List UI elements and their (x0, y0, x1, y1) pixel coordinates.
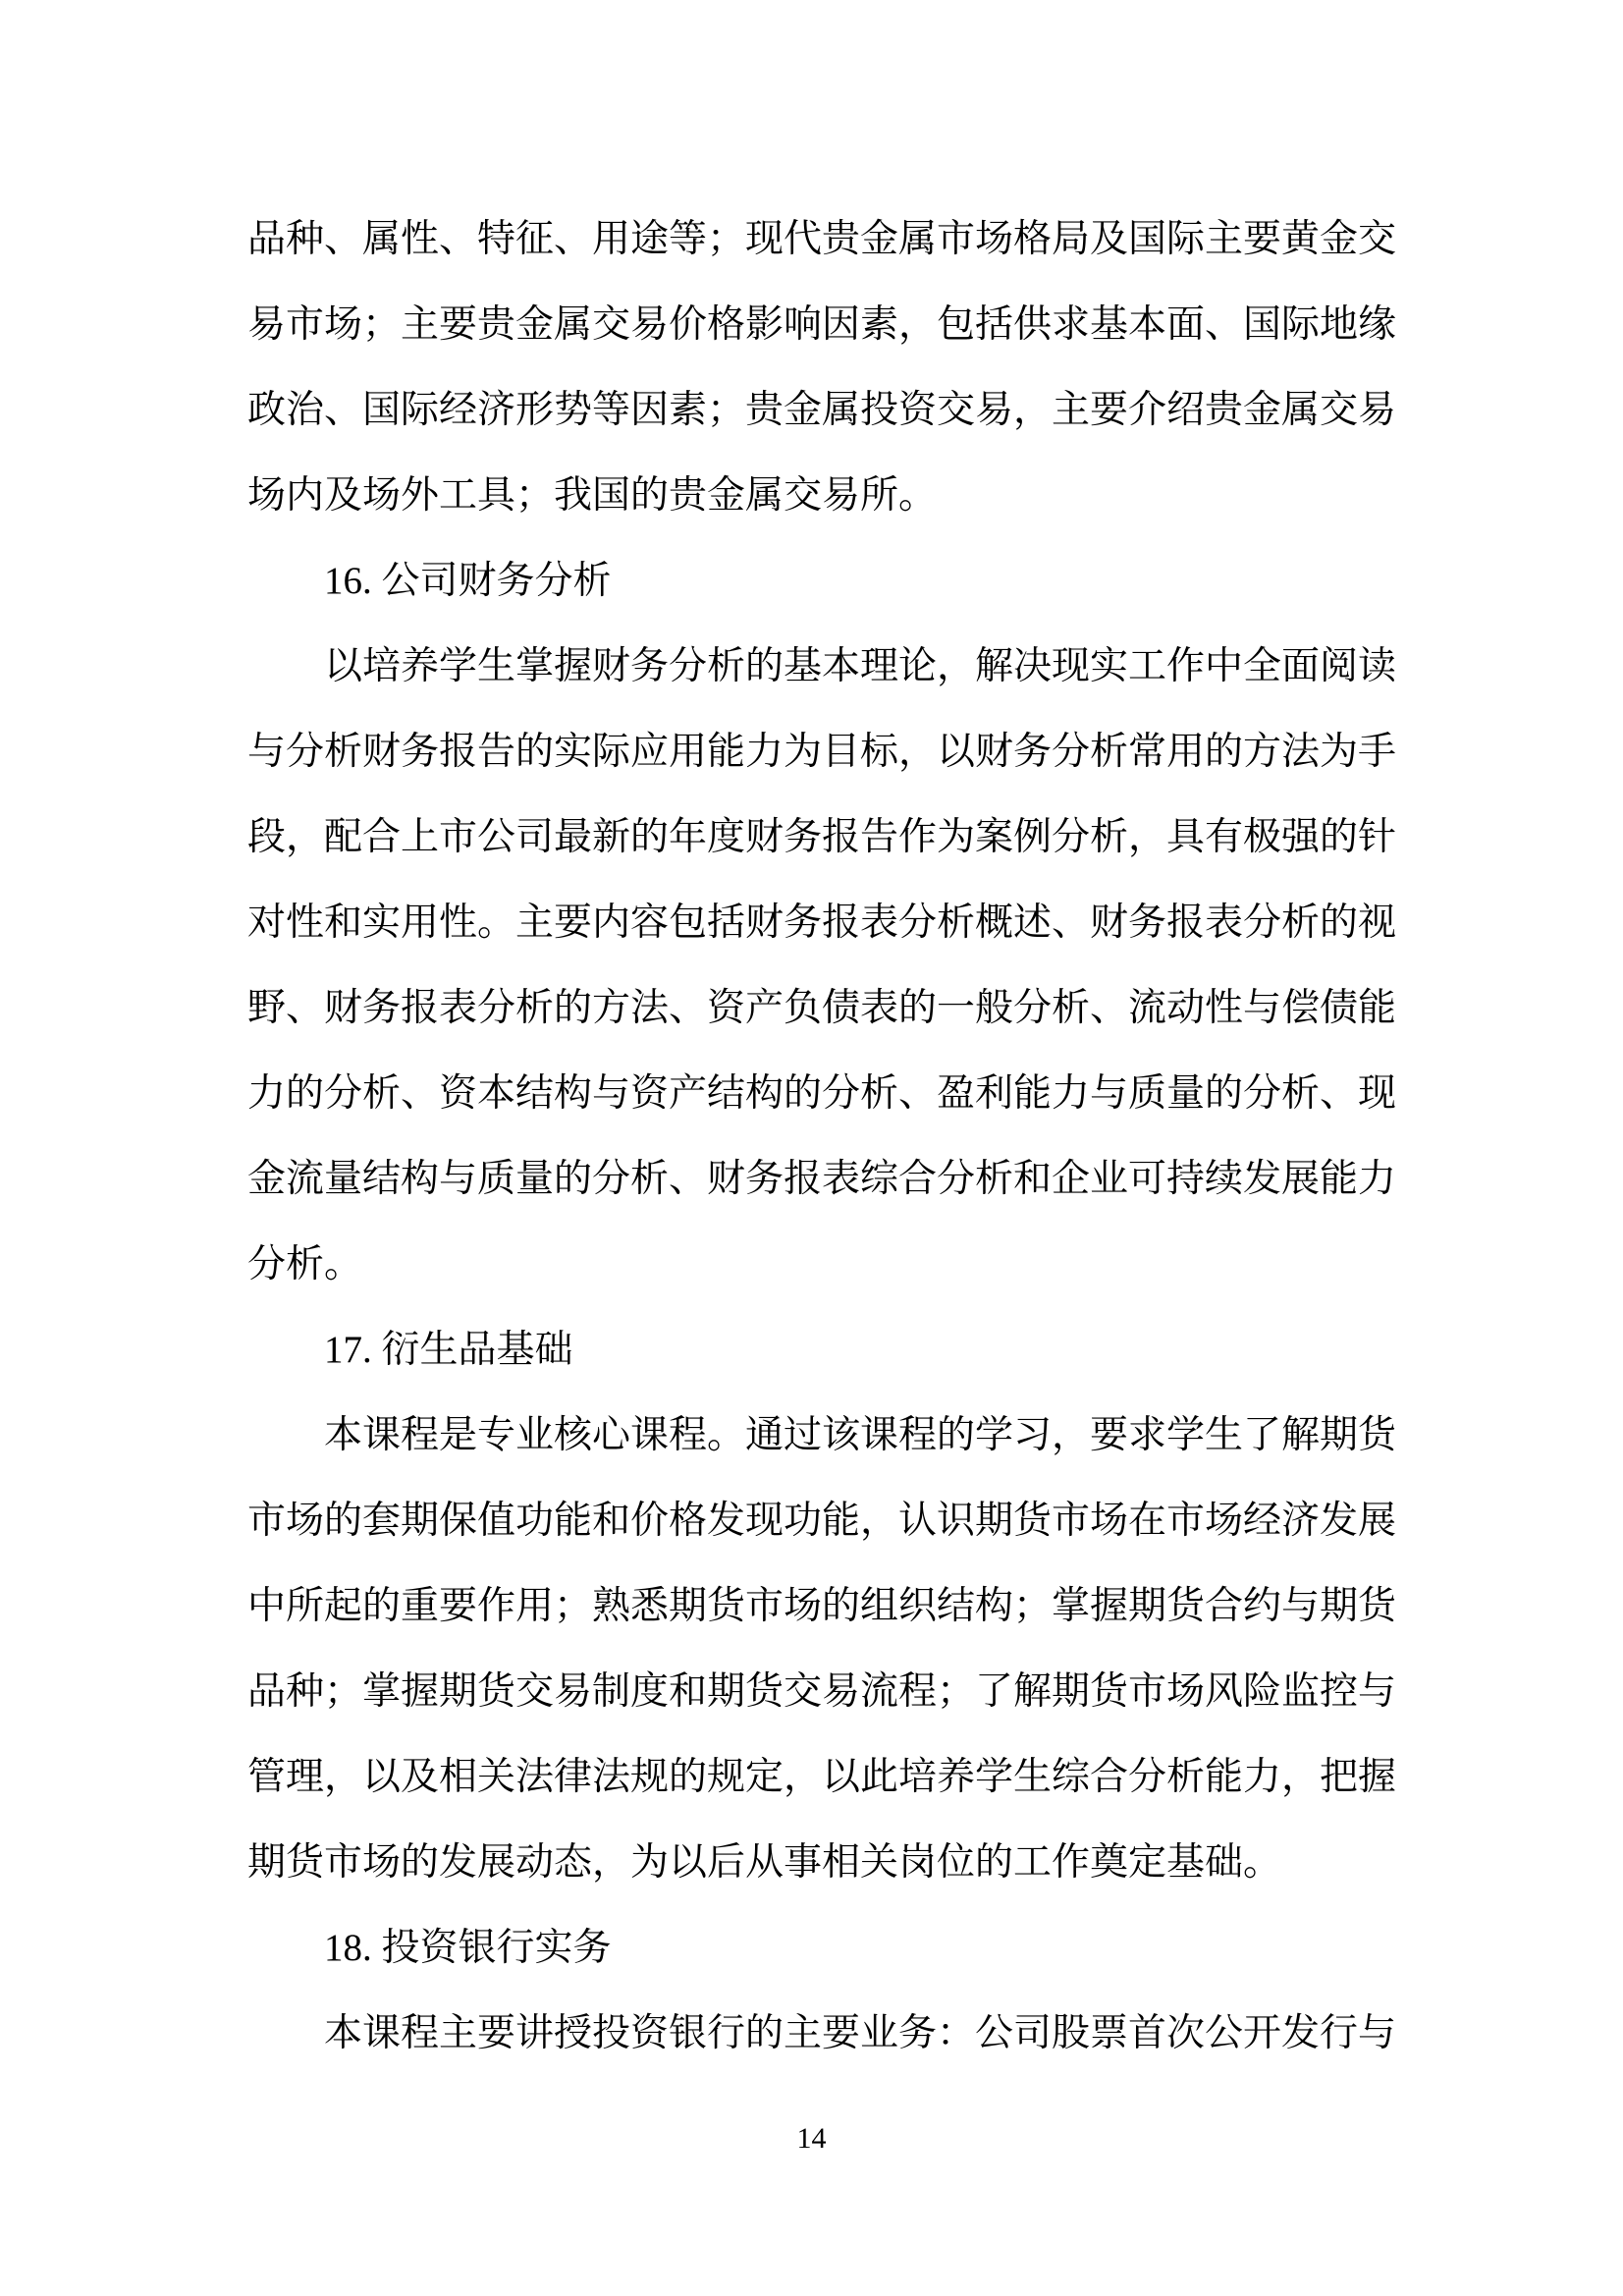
paragraph-18-description: 本课程主要讲授投资银行的主要业务：公司股票首次公开发行与 (247, 1991, 1396, 2076)
text-block: 品种、属性、特征、用途等；现代贵金属市场格局及国际主要黄金交易市场；主要贵金属交… (247, 196, 1396, 2076)
paragraph-17-description: 本课程是专业核心课程。通过该课程的学习，要求学生了解期货市场的套期保值功能和价格… (247, 1393, 1396, 1905)
paragraph-16-description: 以培养学生掌握财务分析的基本理论，解决现实工作中全面阅读与分析财务报告的实际应用… (247, 624, 1396, 1307)
document-page: 品种、属性、特征、用途等；现代贵金属市场格局及国际主要黄金交易市场；主要贵金属交… (0, 0, 1623, 2296)
page-number: 14 (0, 2119, 1623, 2159)
heading-17-derivatives-basics: 17. 衍生品基础 (247, 1307, 1396, 1393)
paragraph-precious-metals-continuation: 品种、属性、特征、用途等；现代贵金属市场格局及国际主要黄金交易市场；主要贵金属交… (247, 196, 1396, 538)
heading-18-investment-banking-practice: 18. 投资银行实务 (247, 1905, 1396, 1991)
heading-16-corporate-financial-analysis: 16. 公司财务分析 (247, 538, 1396, 624)
